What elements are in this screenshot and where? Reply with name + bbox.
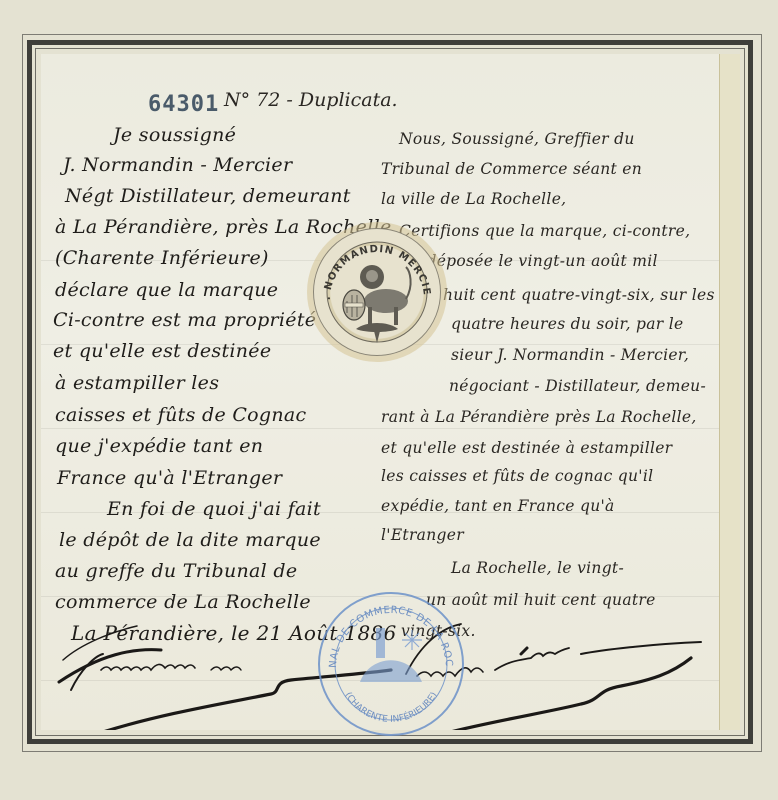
svg-text:(CHARENTE INFÉRIEURE): (CHARENTE INFÉRIEURE) — [342, 691, 439, 725]
lion-with-barrel-icon: J. NORMANDIN MERCIER — [314, 229, 440, 355]
tribunal-emblem-icon: TRIBUNAL DE COMMERCE DE LA ROCHELLE (CHA… — [320, 594, 462, 734]
paper-edge-strip — [719, 54, 740, 730]
trademark-seal: J. NORMANDIN MERCIER — [313, 228, 441, 356]
tribunal-commerce-stamp: TRIBUNAL DE COMMERCE DE LA ROCHELLE (CHA… — [318, 592, 464, 736]
svg-text:TRIBUNAL DE COMMERCE DE LA ROC: TRIBUNAL DE COMMERCE DE LA ROCHELLE — [320, 594, 454, 668]
svg-text:J. NORMANDIN MERCIER: J. NORMANDIN MERCIER — [314, 229, 432, 300]
